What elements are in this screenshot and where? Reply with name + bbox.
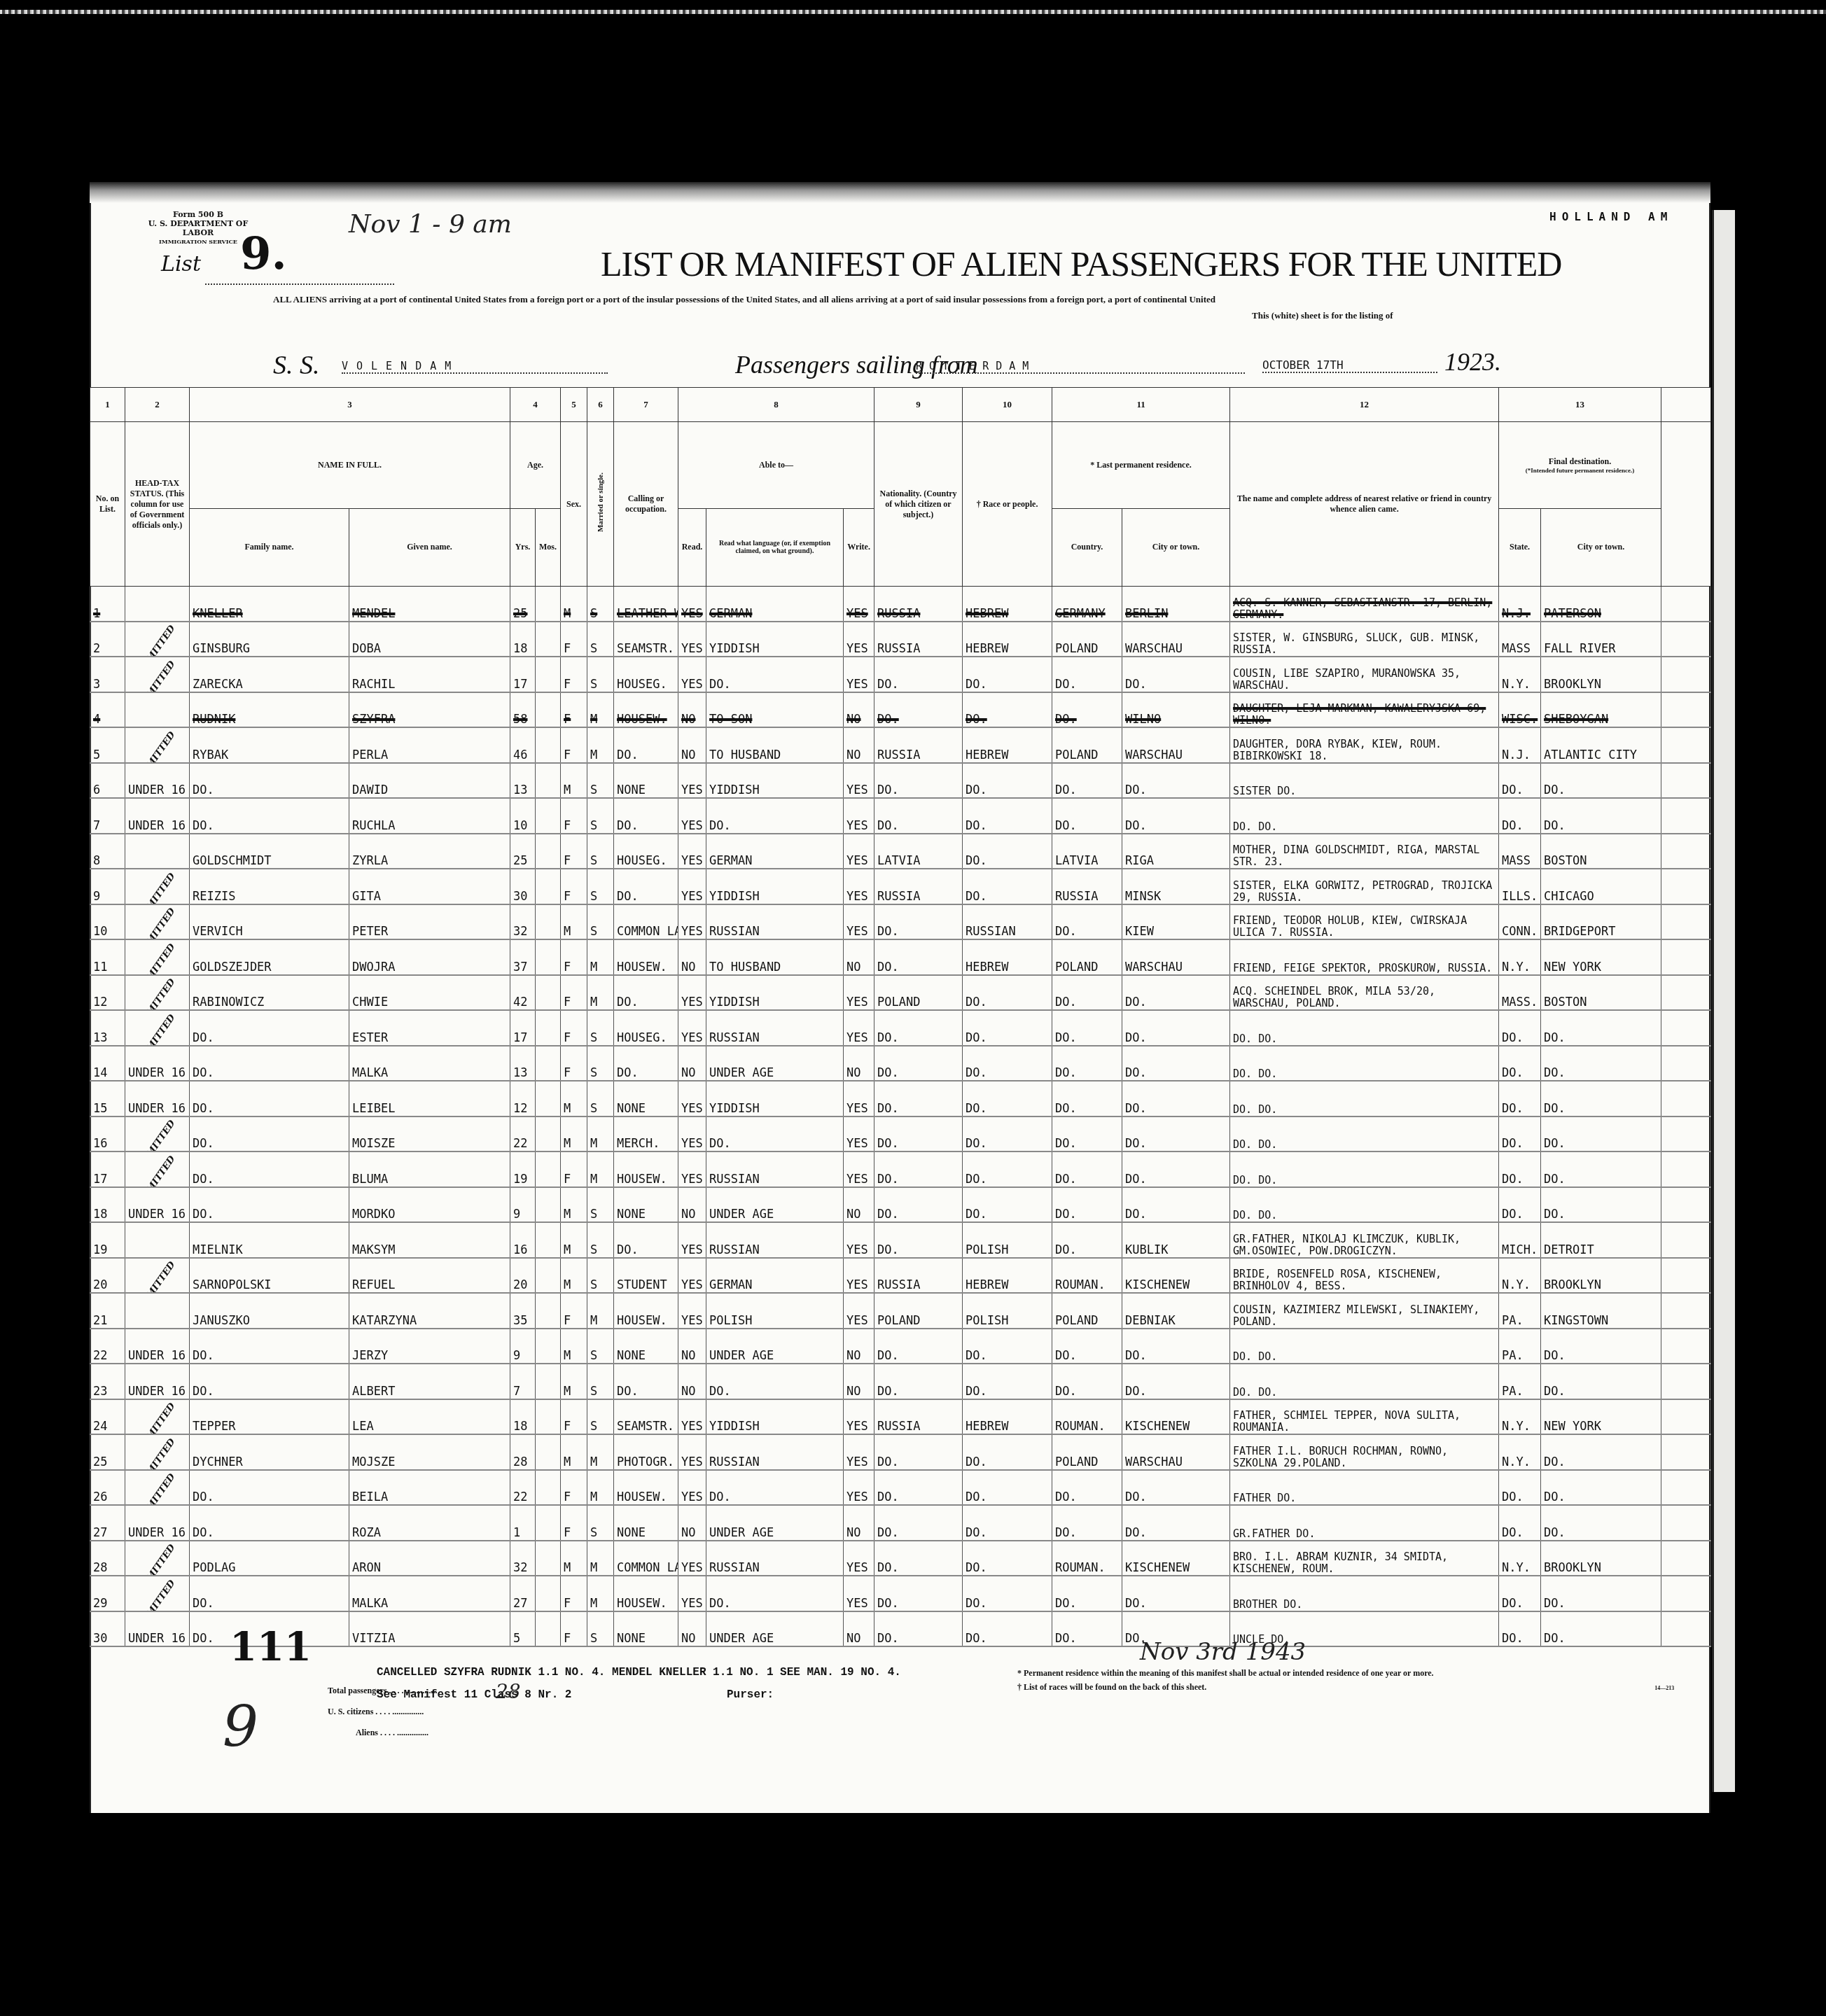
cell-read: YES <box>678 1010 706 1046</box>
cell-country: DO. <box>1052 1576 1122 1611</box>
cell-blank <box>1661 1258 1711 1294</box>
cell-blank <box>1661 1151 1711 1187</box>
list-number: 9. <box>240 227 287 280</box>
cell-race: HEBREW <box>963 727 1052 763</box>
table-row: 13ADMITTEDDO.ESTER17FSHOUSEG.YESRUSSIANY… <box>90 1010 1711 1046</box>
cell-country: DO. <box>1052 798 1122 834</box>
cell-calling: NONE <box>614 763 678 799</box>
cell-tax: UNDER 16 <box>125 1187 190 1223</box>
admitted-stamp: ADMITTED <box>136 659 177 692</box>
cell-race: DO. <box>963 798 1052 834</box>
scan-artifact <box>0 10 1826 14</box>
cell-ms: S <box>587 622 614 657</box>
cell-state: MASS. <box>1499 975 1541 1011</box>
cell-city: DO. <box>1122 1151 1230 1187</box>
col-num-2: 2 <box>125 388 190 422</box>
cell-calling: DO. <box>614 1046 678 1081</box>
cell-mos <box>536 1010 561 1046</box>
cell-sex: F <box>561 1611 587 1647</box>
cell-race: DO. <box>963 975 1052 1011</box>
table-row: 8GOLDSCHMIDTZYRLA25FSHOUSEG.YESGERMANYES… <box>90 834 1711 869</box>
cell-calling: DO. <box>614 1364 678 1399</box>
cell-given: MAKSYM <box>349 1222 510 1258</box>
cell-family: DO. <box>190 1081 349 1116</box>
cell-blank <box>1661 1046 1711 1081</box>
cell-state: DO. <box>1499 1081 1541 1116</box>
cell-mos <box>536 975 561 1011</box>
table-row: 22UNDER 16DO.JERZY9MSNONENOUNDER AGENODO… <box>90 1329 1711 1364</box>
cell-sex: F <box>561 1010 587 1046</box>
cell-ms: S <box>587 1611 614 1647</box>
cell-ms: S <box>587 1364 614 1399</box>
cell-read: NO <box>678 1046 706 1081</box>
cell-tax: ADMITTED <box>125 657 190 692</box>
cell-relative: DO. DO. <box>1230 1116 1499 1152</box>
table-row: 17ADMITTEDDO.BLUMA19FMHOUSEW.YESRUSSIANY… <box>90 1151 1711 1187</box>
cell-nat: DO. <box>874 1470 963 1506</box>
cell-tax: ADMITTED <box>125 975 190 1011</box>
table-row: 29ADMITTEDDO.MALKA27FMHOUSEW.YESDO.YESDO… <box>90 1576 1711 1611</box>
cell-no: 1 <box>90 587 125 622</box>
cell-tax <box>125 587 190 622</box>
admitted-stamp: ADMITTED <box>136 1012 177 1045</box>
cell-dest: NEW YORK <box>1541 1399 1661 1435</box>
cell-family: RABINOWICZ <box>190 975 349 1011</box>
cell-sex: M <box>561 1541 587 1576</box>
cell-country: DO. <box>1052 763 1122 799</box>
cell-tax: ADMITTED <box>125 1576 190 1611</box>
cell-given: DWOJRA <box>349 939 510 975</box>
head-tax-status: UNDER 16 <box>128 1349 186 1363</box>
cell-ms: S <box>587 1399 614 1435</box>
cell-write: YES <box>844 1222 874 1258</box>
cell-state: PA. <box>1499 1329 1541 1364</box>
cell-yrs: 17 <box>510 1010 536 1046</box>
cell-no: 9 <box>90 869 125 904</box>
cell-lang: YIDDISH <box>706 1081 844 1116</box>
cell-write: NO <box>844 1364 874 1399</box>
cell-given: JERZY <box>349 1329 510 1364</box>
admitted-stamp: ADMITTED <box>136 1472 177 1505</box>
header-read: Read. <box>678 508 706 586</box>
cell-ms: M <box>587 1116 614 1152</box>
cell-given: BLUMA <box>349 1151 510 1187</box>
cell-ms: M <box>587 1470 614 1506</box>
cell-mos <box>536 1258 561 1294</box>
cell-country: DO. <box>1052 1470 1122 1506</box>
cell-read: YES <box>678 587 706 622</box>
cell-read: YES <box>678 657 706 692</box>
cell-tax: ADMITTED <box>125 869 190 904</box>
col-num-blank <box>1661 388 1711 422</box>
cell-state: DO. <box>1499 1116 1541 1152</box>
cell-relative: FRIEND, FEIGE SPEKTOR, PROSKUROW, RUSSIA… <box>1230 939 1499 975</box>
cell-write: NO <box>844 1329 874 1364</box>
cell-sex: F <box>561 1470 587 1506</box>
cell-city: WARSCHAU <box>1122 939 1230 975</box>
cell-tax: UNDER 16 <box>125 1046 190 1081</box>
cell-given: VITZIA <box>349 1611 510 1647</box>
cell-dest: BRIDGEPORT <box>1541 904 1661 940</box>
cell-mos <box>536 798 561 834</box>
cell-nat: DO. <box>874 1364 963 1399</box>
cell-given: SZYFRA <box>349 692 510 728</box>
cell-city: DO. <box>1122 1505 1230 1541</box>
cell-mos <box>536 657 561 692</box>
header-age: Age. <box>510 422 561 509</box>
cell-state: WISC. <box>1499 692 1541 728</box>
cell-race: DO. <box>963 1364 1052 1399</box>
cell-given: MOISZE <box>349 1116 510 1152</box>
cell-country: ROUMAN. <box>1052 1541 1122 1576</box>
header-blank <box>1661 422 1711 587</box>
cell-calling: DO. <box>614 975 678 1011</box>
table-row: 12ADMITTEDRABINOWICZCHWIE42FMDO.YESYIDDI… <box>90 975 1711 1011</box>
cell-city: KUBLIK <box>1122 1222 1230 1258</box>
cell-nat: POLAND <box>874 1293 963 1329</box>
inspector-signature-date: Nov 3rd 1943 <box>1140 1638 1306 1666</box>
cell-state: N.J. <box>1499 727 1541 763</box>
cell-sex: F <box>561 1151 587 1187</box>
cell-lang: RUSSIAN <box>706 1010 844 1046</box>
cell-relative: DAUGHTER, LEJA MARKMAN, KAWALERYJSKA 69,… <box>1230 692 1499 728</box>
cell-read: NO <box>678 1364 706 1399</box>
cell-write: YES <box>844 1116 874 1152</box>
cell-dest: DO. <box>1541 1151 1661 1187</box>
table-row: 9ADMITTEDREIZISGITA30FSDO.YESYIDDISHYESR… <box>90 869 1711 904</box>
cell-relative: SISTER, W. GINSBURG, SLUCK, GUB. MINSK, … <box>1230 622 1499 657</box>
cell-family: DO. <box>190 1116 349 1152</box>
cell-mos <box>536 904 561 940</box>
cell-race: RUSSIAN <box>963 904 1052 940</box>
cell-given: MENDEL <box>349 587 510 622</box>
cell-no: 2 <box>90 622 125 657</box>
header-family-name: Family name. <box>190 508 349 586</box>
cell-state: DO. <box>1499 763 1541 799</box>
cell-nat: LATVIA <box>874 834 963 869</box>
cell-no: 27 <box>90 1505 125 1541</box>
cell-tax: ADMITTED <box>125 1541 190 1576</box>
cell-yrs: 10 <box>510 798 536 834</box>
cell-calling: HOUSEG. <box>614 1010 678 1046</box>
cell-sex: M <box>561 1116 587 1152</box>
cell-given: ROZA <box>349 1505 510 1541</box>
table-row: 15UNDER 16DO.LEIBEL12MSNONEYESYIDDISHYES… <box>90 1081 1711 1116</box>
cell-mos <box>536 1187 561 1223</box>
cell-read: NO <box>678 1505 706 1541</box>
cell-dest: PATERSON <box>1541 587 1661 622</box>
cell-no: 17 <box>90 1151 125 1187</box>
cell-calling: DO. <box>614 798 678 834</box>
cell-nat: DO. <box>874 1329 963 1364</box>
cell-yrs: 22 <box>510 1116 536 1152</box>
col-num-1: 1 <box>90 388 125 422</box>
table-row: 5ADMITTEDRYBAKPERLA46FMDO.NOTO HUSBANDNO… <box>90 727 1711 763</box>
cell-mos <box>536 692 561 728</box>
cell-city: WARSCHAU <box>1122 1434 1230 1470</box>
col-num-8: 8 <box>678 388 874 422</box>
cell-nat: DO. <box>874 1151 963 1187</box>
cell-dest: BOSTON <box>1541 975 1661 1011</box>
cell-mos <box>536 1576 561 1611</box>
cell-calling: HOUSEW. <box>614 1151 678 1187</box>
passenger-table: 1 2 3 4 5 6 7 8 9 10 11 12 13 No. on Lis… <box>90 387 1711 1647</box>
cell-dest: DO. <box>1541 1576 1661 1611</box>
admitted-stamp: ADMITTED <box>136 1119 177 1151</box>
cell-read: YES <box>678 975 706 1011</box>
cell-given: DAWID <box>349 763 510 799</box>
head-tax-status: UNDER 16 <box>128 1632 186 1646</box>
cell-nat: RUSSIA <box>874 622 963 657</box>
cell-calling: HOUSEG. <box>614 834 678 869</box>
cell-ms: S <box>587 1046 614 1081</box>
cell-read: YES <box>678 1151 706 1187</box>
us-citizens-label: U. S. citizens <box>328 1707 373 1716</box>
cell-country: DO. <box>1052 1116 1122 1152</box>
cell-tax <box>125 692 190 728</box>
cell-sex: F <box>561 727 587 763</box>
cell-city: KISCHENEW <box>1122 1541 1230 1576</box>
cell-sex: M <box>561 763 587 799</box>
header-final-destination-note: (*Intended future permanent residence.) <box>1500 467 1659 474</box>
cell-race: DO. <box>963 834 1052 869</box>
admitted-stamp: ADMITTED <box>136 871 177 904</box>
cell-country: DO. <box>1052 1151 1122 1187</box>
cell-city: KISCHENEW <box>1122 1258 1230 1294</box>
cell-mos <box>536 622 561 657</box>
table-row: 3ADMITTEDZARECKARACHIL17FSHOUSEG.YESDO.Y… <box>90 657 1711 692</box>
cell-yrs: 16 <box>510 1222 536 1258</box>
cell-read: YES <box>678 1470 706 1506</box>
cell-blank <box>1661 1364 1711 1399</box>
cell-family: DYCHNER <box>190 1434 349 1470</box>
cell-read: YES <box>678 1541 706 1576</box>
header-country: Country. <box>1052 508 1122 586</box>
cell-state: DO. <box>1499 798 1541 834</box>
cell-no: 11 <box>90 939 125 975</box>
cell-sex: F <box>561 622 587 657</box>
cell-yrs: 20 <box>510 1258 536 1294</box>
admitted-stamp: ADMITTED <box>136 729 177 762</box>
cell-write: YES <box>844 1399 874 1435</box>
cell-country: DO. <box>1052 975 1122 1011</box>
cell-country: GERMANY <box>1052 587 1122 622</box>
cell-dest: DETROIT <box>1541 1222 1661 1258</box>
cell-mos <box>536 1505 561 1541</box>
cell-tax: ADMITTED <box>125 1010 190 1046</box>
department: U. S. DEPARTMENT OF LABOR <box>146 219 251 237</box>
cell-state: MASS <box>1499 834 1541 869</box>
cell-write: NO <box>844 727 874 763</box>
cell-dest: BROOKLYN <box>1541 1258 1661 1294</box>
cell-relative: FATHER DO. <box>1230 1470 1499 1506</box>
page-title: LIST OR MANIFEST OF ALIEN PASSENGERS FOR… <box>601 244 1561 284</box>
cell-nat: DO. <box>874 1541 963 1576</box>
cell-sex: F <box>561 1293 587 1329</box>
header-sex: Sex. <box>561 422 587 587</box>
cell-tax: ADMITTED <box>125 1151 190 1187</box>
cell-ms: M <box>587 939 614 975</box>
cell-relative: FATHER, SCHMIEL TEPPER, NOVA SULITA, ROU… <box>1230 1399 1499 1435</box>
cell-read: YES <box>678 1081 706 1116</box>
cell-race: DO. <box>963 657 1052 692</box>
cell-country: DO. <box>1052 1611 1122 1647</box>
cell-blank <box>1661 1576 1711 1611</box>
cell-dest: DO. <box>1541 1470 1661 1506</box>
cell-city: MINSK <box>1122 869 1230 904</box>
cell-write: NO <box>844 1046 874 1081</box>
cell-sex: F <box>561 657 587 692</box>
table-row: 27UNDER 16DO.ROZA1FSNONENOUNDER AGENODO.… <box>90 1505 1711 1541</box>
cell-read: YES <box>678 1222 706 1258</box>
cell-lang: DO. <box>706 1470 844 1506</box>
cell-no: 21 <box>90 1293 125 1329</box>
cell-state: DO. <box>1499 1470 1541 1506</box>
cell-state: DO. <box>1499 1010 1541 1046</box>
cell-tax: UNDER 16 <box>125 1081 190 1116</box>
cell-race: POLISH <box>963 1222 1052 1258</box>
cell-country: DO. <box>1052 1222 1122 1258</box>
head-tax-status: UNDER 16 <box>128 1207 186 1221</box>
head-tax-status: UNDER 16 <box>128 783 186 797</box>
cell-race: DO. <box>963 1576 1052 1611</box>
admitted-stamp: ADMITTED <box>136 906 177 939</box>
cell-country: DO. <box>1052 1010 1122 1046</box>
cell-mos <box>536 1541 561 1576</box>
cell-write: YES <box>844 798 874 834</box>
cell-sex: M <box>561 1222 587 1258</box>
cell-family: DO. <box>190 1470 349 1506</box>
cell-state: MICH. <box>1499 1222 1541 1258</box>
cell-tax: UNDER 16 <box>125 1364 190 1399</box>
cell-no: 12 <box>90 975 125 1011</box>
cell-read: YES <box>678 904 706 940</box>
cell-calling: COMMON LABORER <box>614 1541 678 1576</box>
admitted-stamp: ADMITTED <box>136 1543 177 1576</box>
cell-read: NO <box>678 1329 706 1364</box>
head-tax-status: UNDER 16 <box>128 1066 186 1080</box>
list-underline <box>205 283 394 285</box>
cell-dest: DO. <box>1541 763 1661 799</box>
ss-label: S. S. <box>273 350 320 381</box>
cell-dest: DO. <box>1541 1611 1661 1647</box>
cell-state: N.Y. <box>1499 939 1541 975</box>
cell-sex: M <box>561 1434 587 1470</box>
cell-country: DO. <box>1052 1505 1122 1541</box>
cell-state: PA. <box>1499 1293 1541 1329</box>
cell-read: YES <box>678 798 706 834</box>
cell-yrs: 9 <box>510 1329 536 1364</box>
cell-nat: DO. <box>874 1222 963 1258</box>
cell-lang: UNDER AGE <box>706 1046 844 1081</box>
cell-relative: ACQ. S. KANNER, SEBASTIANSTR. 17, BERLIN… <box>1230 587 1499 622</box>
cell-sex: F <box>561 1505 587 1541</box>
cell-nat: DO. <box>874 763 963 799</box>
cell-family: DO. <box>190 1151 349 1187</box>
cell-tax: ADMITTED <box>125 1470 190 1506</box>
table-row: 26ADMITTEDDO.BEILA22FMHOUSEW.YESDO.YESDO… <box>90 1470 1711 1506</box>
cell-given: ARON <box>349 1541 510 1576</box>
cell-no: 22 <box>90 1329 125 1364</box>
cell-sex: F <box>561 692 587 728</box>
cell-yrs: 1 <box>510 1505 536 1541</box>
cell-calling: COMMON LABORER <box>614 904 678 940</box>
cell-given: MALKA <box>349 1576 510 1611</box>
cell-race: HEBREW <box>963 1258 1052 1294</box>
cell-race: DO. <box>963 1470 1052 1506</box>
header-state: State. <box>1499 508 1541 586</box>
cell-given: MORDKO <box>349 1187 510 1223</box>
cell-no: 15 <box>90 1081 125 1116</box>
cell-race: DO. <box>963 1434 1052 1470</box>
cell-race: HEBREW <box>963 587 1052 622</box>
cell-state: DO. <box>1499 1046 1541 1081</box>
cell-given: GITA <box>349 869 510 904</box>
cell-read: NO <box>678 1187 706 1223</box>
cell-city: DO. <box>1122 763 1230 799</box>
cell-mos <box>536 1116 561 1152</box>
cell-write: NO <box>844 1187 874 1223</box>
cell-mos <box>536 1434 561 1470</box>
cell-sex: F <box>561 975 587 1011</box>
cell-race: DO. <box>963 1611 1052 1647</box>
cell-mos <box>536 1081 561 1116</box>
cell-state: DO. <box>1499 1505 1541 1541</box>
cell-relative: DAUGHTER, DORA RYBAK, KIEW, ROUM. BIBIRK… <box>1230 727 1499 763</box>
cell-yrs: 13 <box>510 1046 536 1081</box>
cell-dest: SHEBOYGAN <box>1541 692 1661 728</box>
cell-city: WARSCHAU <box>1122 727 1230 763</box>
cell-calling: HOUSEW. <box>614 1293 678 1329</box>
cell-ms: M <box>587 1293 614 1329</box>
cell-yrs: 5 <box>510 1611 536 1647</box>
cell-write: NO <box>844 1611 874 1647</box>
table-row: 7UNDER 16DO.RUCHLA10FSDO.YESDO.YESDO.DO.… <box>90 798 1711 834</box>
cell-given: ZYRLA <box>349 834 510 869</box>
cell-nat: DO. <box>874 1505 963 1541</box>
cell-relative: FRIEND, TEODOR HOLUB, KIEW, CWIRSKAJA UL… <box>1230 904 1499 940</box>
cell-lang: RUSSIAN <box>706 1434 844 1470</box>
cell-state: N.Y. <box>1499 657 1541 692</box>
header-nearest-relative: The name and complete address of nearest… <box>1230 422 1499 587</box>
cell-lang: RUSSIAN <box>706 1541 844 1576</box>
cell-blank <box>1661 798 1711 834</box>
cell-write: YES <box>844 1470 874 1506</box>
cell-country: RUSSIA <box>1052 869 1122 904</box>
cell-read: YES <box>678 1576 706 1611</box>
cell-ms: S <box>587 1329 614 1364</box>
cell-family: DO. <box>190 798 349 834</box>
cell-yrs: 22 <box>510 1470 536 1506</box>
cell-lang: DO. <box>706 1116 844 1152</box>
cell-calling: SEAMSTR. <box>614 1399 678 1435</box>
cell-given: PERLA <box>349 727 510 763</box>
cell-city: KIEW <box>1122 904 1230 940</box>
cell-ms: S <box>587 587 614 622</box>
header-no-on-list: No. on List. <box>90 422 125 587</box>
header-calling: Calling or occupation. <box>614 422 678 587</box>
cell-yrs: 19 <box>510 1151 536 1187</box>
cell-lang: UNDER AGE <box>706 1187 844 1223</box>
cell-yrs: 17 <box>510 657 536 692</box>
table-row: 4RUDNIKSZYFRA58FMHOUSEW.NOTO SONNODO.DO.… <box>90 692 1711 728</box>
header-able-to: Able to— <box>678 422 874 509</box>
admitted-stamp: ADMITTED <box>136 1154 177 1186</box>
cell-calling: DO. <box>614 727 678 763</box>
cell-family: DO. <box>190 1187 349 1223</box>
cell-state: DO. <box>1499 1151 1541 1187</box>
cell-country: DO. <box>1052 1329 1122 1364</box>
